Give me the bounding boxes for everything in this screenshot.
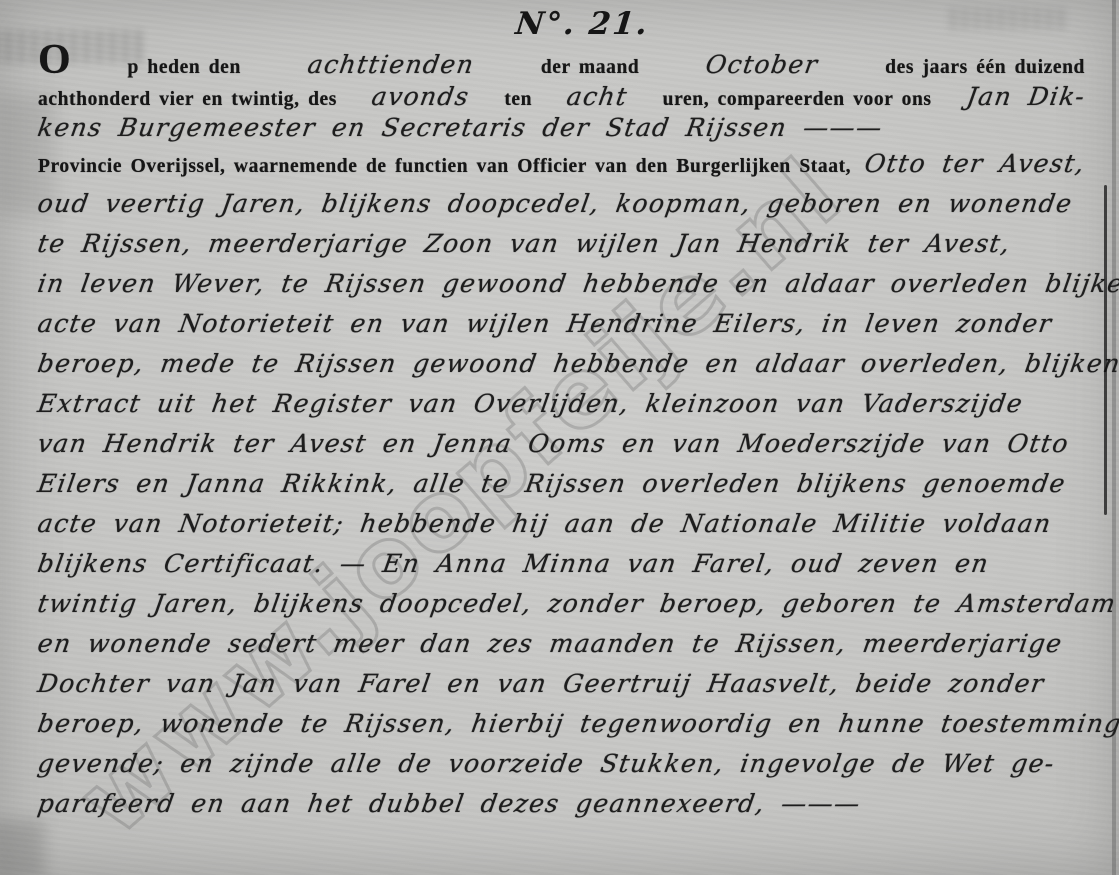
handwritten-text: gevende; en zijnde alle de voorzeide Stu… [36, 749, 1057, 778]
handwritten-text: Extract uit het Register van Overlijden,… [36, 389, 1026, 418]
handwritten-text: Dochter van Jan van Farel en van Geertru… [36, 669, 1047, 698]
drop-cap: O [38, 50, 71, 70]
document-line: oud veertig Jaren, blijkens doopcedel, k… [38, 189, 1085, 229]
document-line: Extract uit het Register van Overlijden,… [38, 389, 1085, 429]
document-line: in leven Wever, te Rijssen gewoond hebbe… [38, 269, 1085, 309]
printed-text: des jaars één duizend [885, 57, 1085, 79]
bleedthrough-smudge [950, 8, 1070, 30]
handwritten-text: Otto ter Avest, [863, 149, 1088, 178]
handwritten-text: van Hendrik ter Avest en Jenna Ooms en v… [36, 429, 1072, 458]
handwritten-text: kens Burgemeester en Secretaris der Stad… [36, 113, 885, 142]
document-line: kens Burgemeester en Secretaris der Stad… [38, 113, 1085, 149]
printed-text: Provincie Overijssel, waarnemende de fun… [38, 156, 851, 178]
handwritten-text: parafeerd en aan het dubbel dezes geanne… [36, 789, 863, 818]
handwritten-text: beroep, wonende te Rijssen, hierbij tege… [36, 709, 1119, 738]
handwritten-text: achttienden [305, 50, 476, 79]
printed-text: uren, compareerden voor ons [663, 89, 932, 111]
document-line: gevende; en zijnde alle de voorzeide Stu… [38, 749, 1085, 789]
handwritten-text: en wonende sedert meer dan zes maanden t… [36, 629, 1065, 658]
document-line: Provincie Overijssel, waarnemende de fun… [38, 149, 1085, 189]
document-line: achthonderd vier en twintig, desavondste… [38, 82, 1085, 113]
document-line: van Hendrik ter Avest en Jenna Ooms en v… [38, 429, 1085, 469]
printed-text: der maand [541, 57, 640, 79]
handwritten-text: acte van Notorieteit en van wijlen Hendr… [36, 309, 1055, 338]
document-line: Eilers en Janna Rikkink, alle te Rijssen… [38, 469, 1085, 509]
handwritten-text: October [704, 50, 821, 79]
document-line: parafeerd en aan het dubbel dezes geanne… [38, 789, 1085, 829]
handwritten-text: acte van Notorieteit; hebbende hij aan d… [36, 509, 1054, 538]
handwritten-text: in leven Wever, te Rijssen gewoond hebbe… [36, 269, 1119, 298]
printed-text: p heden den [128, 57, 241, 79]
handwritten-text: te Rijssen, meerderjarige Zoon van wijle… [36, 229, 1013, 258]
document-line: blijkens Certificaat. — En Anna Minna va… [38, 549, 1085, 589]
document-line: te Rijssen, meerderjarige Zoon van wijle… [38, 229, 1085, 269]
scan-border [1112, 0, 1116, 875]
printed-text: achthonderd vier en twintig, des [38, 89, 337, 111]
document-line: en wonende sedert meer dan zes maanden t… [38, 629, 1085, 669]
handwritten-text: Eilers en Janna Rikkink, alle te Rijssen… [36, 469, 1069, 498]
document-line: beroep, mede te Rijssen gewoond hebbende… [38, 349, 1085, 389]
handwritten-text: Jan Dik- [964, 82, 1087, 111]
printed-text: ten [504, 89, 532, 111]
handwritten-text: avonds [370, 82, 472, 111]
handwritten-text: oud veertig Jaren, blijkens doopcedel, k… [36, 189, 1075, 218]
document-line: Dochter van Jan van Farel en van Geertru… [38, 669, 1085, 709]
handwritten-text: blijkens Certificaat. — En Anna Minna va… [36, 549, 992, 578]
document-line: acte van Notorieteit; hebbende hij aan d… [38, 509, 1085, 549]
act-body-text: Op heden denachttiendender maandOctoberd… [38, 50, 1085, 829]
document-line: beroep, wonende te Rijssen, hierbij tege… [38, 709, 1085, 749]
document-line: Op heden denachttiendender maandOctoberd… [38, 50, 1085, 82]
act-number: N°. 21. [0, 6, 651, 42]
document-scan: www.joopfeije.nl N°. 21. Op heden denach… [0, 0, 1119, 875]
handwritten-text: acht [565, 82, 630, 111]
handwritten-text: twintig Jaren, blijkens doopcedel, zonde… [36, 589, 1119, 618]
scan-edge-line [1104, 185, 1107, 515]
document-line: twintig Jaren, blijkens doopcedel, zonde… [38, 589, 1085, 629]
document-line: acte van Notorieteit en van wijlen Hendr… [38, 309, 1085, 349]
handwritten-text: beroep, mede te Rijssen gewoond hebbende… [36, 349, 1119, 378]
